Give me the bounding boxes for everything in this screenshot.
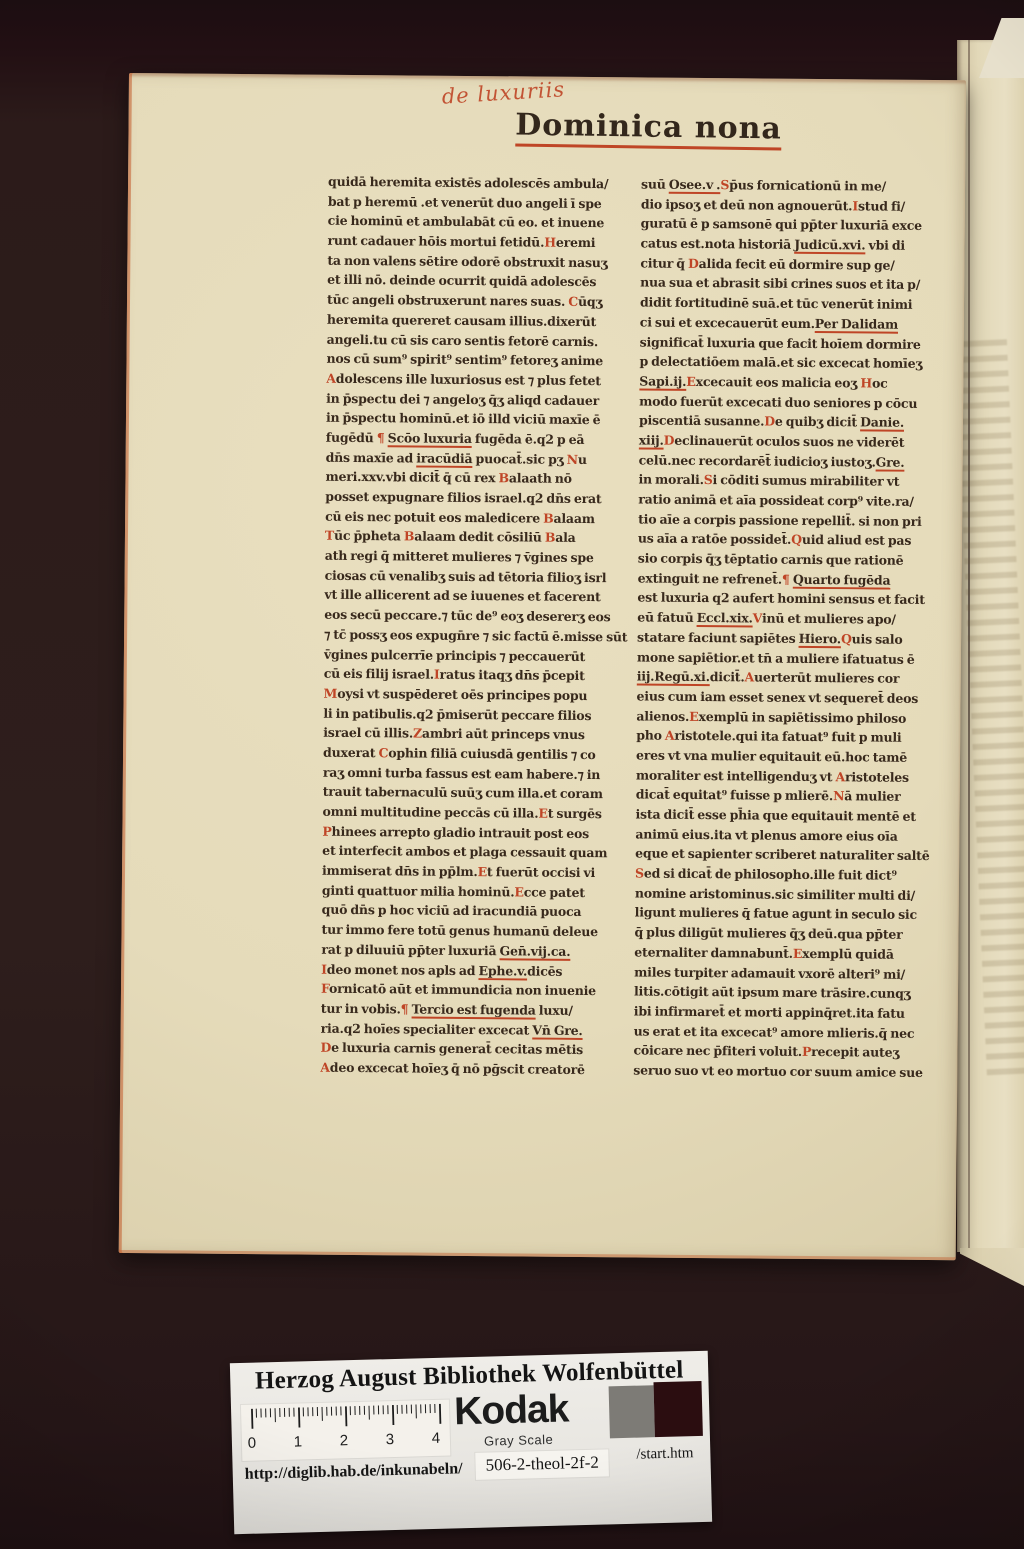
text-line: ciosas cū venalibʒ suis ad tētoria filio… xyxy=(325,565,631,587)
text-line: ginti quattuor milia hominū.Ecce patet xyxy=(322,880,628,902)
text-line: duxerat Cophin filiā cuiusdā gentilis ⁊ … xyxy=(323,743,629,765)
text-line: sio corpis q̄ʒ tēptatio carnis que ratio… xyxy=(638,549,941,571)
text-line: immiserat dn̄s in pp̄lm.Et fuerūt occisi… xyxy=(322,861,628,883)
ruler-numbers: 01234 xyxy=(246,1430,442,1452)
text-line: Ideo monet nos apls ad Ephe.v.dicēs xyxy=(321,959,627,981)
text-line: heremita quereret causam illius.dixerūt xyxy=(327,310,633,332)
text-line: didit fortitudinē suā.et tūc venerūt ini… xyxy=(640,293,943,315)
text-line: moraliter est intelligenduʒ vt Aristotel… xyxy=(636,765,939,787)
text-line: vt ille allicerent ad se iuuenes et face… xyxy=(324,585,630,607)
text-line: pho Aristotele.qui ita fatuat⁹ fuit p mu… xyxy=(636,726,939,748)
text-line: modo fuerūt excecati duo seniores p cōcu xyxy=(639,391,942,413)
text-line: eos secū peccare.⁊ tūc de⁹ eoʒ desererʒ … xyxy=(324,605,630,627)
text-line: tur in vobis.¶ Tercio est fugenda luxu/ xyxy=(321,999,627,1021)
text-line: eternaliter damnabunt̄.Exemplū quidā xyxy=(634,942,937,964)
text-line: piscentiā susanne.De quibʒ dicit̄ Danie. xyxy=(639,411,942,433)
ruler-number: 4 xyxy=(430,1430,442,1447)
text-line: q̄ plus diligūt mulieres q̄ʒ deū.qua pp̄… xyxy=(634,923,937,945)
text-line: nua sua et abrasit sibi crines suos et i… xyxy=(640,273,943,295)
text-line: alienos.Exemplū in sapiētissimo philoso xyxy=(636,706,939,728)
text-line: animū eius.ita vt plenus amore eius oīa xyxy=(635,824,938,846)
text-line: tūc angeli obstruxerunt nares suas. Cūqʒ xyxy=(327,290,633,312)
text-line: extinguit ne refrenet̄.¶ Quarto fugēda xyxy=(638,568,941,590)
color-reference-card: Herzog August Bibliothek Wolfenbüttel 01… xyxy=(230,1351,712,1534)
text-line: et interfecit ambos et plaga cessauit qu… xyxy=(322,841,628,863)
text-line: ta non valens sētire odorē obstruxit nas… xyxy=(327,250,633,272)
text-line: eius cum iam esset senex vt sequeret̄ de… xyxy=(636,686,939,708)
text-line: iij.Regū.xi.dicit̄.Auerterūt mulieres co… xyxy=(637,667,940,689)
text-line: quidā heremita existēs adolescēs ambula/ xyxy=(328,172,634,194)
text-line: meri.xxv.vbi dicit̄ q̄ cū rex Balaath nō xyxy=(325,467,631,489)
page-heading: Dominica nona xyxy=(428,107,869,152)
ruler-number: 2 xyxy=(338,1432,350,1449)
text-line: miles turpiter adamauit vxorē alteri⁹ mi… xyxy=(634,962,937,984)
shelfmark-label: 506-2-theol-2f-2 xyxy=(475,1449,609,1479)
text-line: li in patibulis.q2 p̄miserūt peccare fil… xyxy=(323,703,629,725)
kodak-brand-label: Kodak xyxy=(454,1387,569,1434)
text-line: Fornicatō aūt et immundicia non inuenie xyxy=(321,979,627,1001)
text-line: cū eis nec potuit eos maledicere Balaam xyxy=(325,506,631,528)
text-line: dicat̄ equitat⁹ fuisse p mlierē.Nā mulie… xyxy=(636,785,939,807)
text-line: et illi nō. deinde ocurrit quidā adolesc… xyxy=(327,270,633,292)
text-line: De luxuria carnis generat̄ cecitas mētis xyxy=(320,1038,626,1060)
text-line: runt cadauer hōis mortui fetidū.Heremi xyxy=(327,231,633,253)
text-line: est luxuria q2 aufert homini sensus et f… xyxy=(637,588,940,610)
text-line: Adeo excecat hoīeʒ q̄ nō pḡscit creatorē xyxy=(320,1058,626,1080)
text-line: ligunt mulieres q̄ fatue agunt in seculo… xyxy=(635,903,938,925)
text-line: celū.nec recordarēt̄ iudicioʒ iustoʒ.Gre… xyxy=(639,450,942,472)
text-line: eres vt vna mulier equitauit eū.hoc tamē xyxy=(636,745,939,767)
gray-scale-label: Gray Scale xyxy=(484,1432,554,1449)
text-line: guratū ē p samsonē qui pp̄ter luxuriā ex… xyxy=(641,214,944,236)
text-line: mone sapiētior.et tn̄ a muliere ifatuatu… xyxy=(637,647,940,669)
text-line: israel cū illis.Zambri aūt princeps vnus xyxy=(323,723,629,745)
text-line: tio aīe a corpis passione repellit̄. si … xyxy=(638,509,941,531)
text-line: statare faciunt sapiētes Hiero.Quis salo xyxy=(637,627,940,649)
text-line: ria.q2 hoīes specialiter excecat Vn̄ Gre… xyxy=(321,1018,627,1040)
text-line: Tūc p̄pheta Balaam dedit cōsiliū Bala xyxy=(325,526,631,548)
text-line: significat̄ luxuria que facit hoīem dorm… xyxy=(640,332,943,354)
text-line: angeli.tu cū sis caro sentis fetorē carn… xyxy=(327,329,633,351)
page-heading-text: Dominica nona xyxy=(515,109,782,151)
text-line: in p̄spectu dei ⁊ angeloʒ q̄ʒ aliqd cada… xyxy=(326,388,632,410)
text-line: eque et sapienter scriberet naturaliter … xyxy=(635,844,938,866)
start-file-label: /start.htm xyxy=(636,1445,694,1463)
text-line: xiij.Declinauerūt oculos suos ne viderēt xyxy=(639,430,942,452)
text-line: v̄gines pulcerrīe principis ⁊ peccauerūt xyxy=(324,644,630,666)
text-line: cū eis filij israel.Iratus itaqʒ dn̄s p̄… xyxy=(324,664,630,686)
text-line: bat p heremū .et venerūt duo angeli ī sp… xyxy=(328,191,634,213)
text-line: quō dn̄s p hoc viciū ad iracundiā puoca xyxy=(322,900,628,922)
text-line: Moysi vt suspēderet oēs principes popu xyxy=(324,684,630,706)
facing-page-ghost-text xyxy=(955,339,1024,1081)
text-line: Sed si dicat̄ de philosopho.ille fuit di… xyxy=(635,864,938,886)
text-line: Sapi.ij.Excecauit eos malicia eoʒ Hoc xyxy=(639,371,942,393)
ruler-number: 3 xyxy=(384,1431,396,1448)
text-line: us aīa a ratōe possidet̄.Quid aliud est … xyxy=(638,529,941,551)
text-line: ci sui et excecauerūt eum.Per Dalidam xyxy=(640,312,943,334)
photo-background: de luxuriis Dominica nona quidā heremita… xyxy=(0,0,1024,1549)
text-line: in p̄spectu hominū.et iō illd viciū maxī… xyxy=(326,408,632,430)
text-line: raʒ omni turba fassus est eam habere.⁊ i… xyxy=(323,762,629,784)
text-line: seruo suo vt eo mortuo cor suum amice su… xyxy=(633,1060,936,1082)
text-column-left: quidā heremita existēs adolescēs ambula/… xyxy=(320,172,634,1080)
text-line: cie hominū et ambulabāt cū eo. et inuene xyxy=(328,211,634,233)
text-line: p delectatiōem malā.et sic excecat homīe… xyxy=(639,352,942,374)
text-line: ibi infirmaret̄ et morti appinq̄ret.ita … xyxy=(634,1001,937,1023)
text-line: litis.cōtigit aūt ipsum mare trāsire.cun… xyxy=(634,982,937,1004)
under-leaf-corner-bottom xyxy=(960,1248,1024,1288)
text-line: dn̄s maxīe ad iracūdiā puocat̄.sic pʒ Nu xyxy=(326,447,632,469)
text-line: nomine aristominus.sic similiter multi d… xyxy=(635,883,938,905)
text-line: posset expugnare filios israel.q2 dn̄s e… xyxy=(325,487,631,509)
text-line: omni multitudine peccās cū illa.Et surgē… xyxy=(322,802,628,824)
text-line: catus est.nota historiā Judicū.xvi. vbi … xyxy=(640,234,943,256)
text-line: nos cū sum⁹ spirit⁹ sentim⁹ fetoreʒ anim… xyxy=(326,349,632,371)
digitization-url-label: http://diglib.hab.de/inkunabeln/ xyxy=(245,1460,463,1484)
book-page: de luxuriis Dominica nona quidā heremita… xyxy=(119,73,966,1260)
text-column-right: suū Osee.v .Sp̄us fornicationū in me/dio… xyxy=(633,174,944,1082)
text-line: in morali.Si cōditi sumus mirabiliter vt xyxy=(638,470,941,492)
gray-scale-patch-gray xyxy=(609,1385,655,1438)
text-line: ⁊ tc̄ possʒ eos expugn̄re ⁊ sic factū ē.… xyxy=(324,625,630,647)
ruler-ticks xyxy=(245,1404,446,1433)
book-fore-edge xyxy=(957,40,1024,1252)
text-line: citur q̄ Dalida fecit eū dormire sup ge/ xyxy=(640,253,943,275)
ruler-number: 1 xyxy=(292,1433,304,1450)
text-line: ista dicit̄ esse ph̄ia que equitauit men… xyxy=(635,804,938,826)
text-line: eū fatuū Eccl.xix.Vinū et mulieres apo/ xyxy=(637,608,940,630)
ruler: 01234 xyxy=(241,1400,450,1461)
text-line: Adolescens ille luxuriosus est ⁊ plus fe… xyxy=(326,369,632,391)
gray-scale-patch-black xyxy=(653,1381,702,1437)
text-line: dio ipsoʒ et deū non agnouerūt.Istud fi/ xyxy=(641,194,944,216)
text-line: fugēdū ¶ Scōo luxuria fugēda ē.q2 p eā xyxy=(326,428,632,450)
ruler-number: 0 xyxy=(246,1435,258,1452)
text-line: cōicare nec p̄fiteri voluit.Precepit aut… xyxy=(633,1041,936,1063)
text-line: rat p diluuiū pp̄ter luxuriā Gen̄.vij.ca… xyxy=(321,940,627,962)
text-line: Phinees arrepto gladio intrauit post eos xyxy=(322,821,628,843)
text-line: ath regi q̄ mitteret mulieres ⁊ v̄gines … xyxy=(325,546,631,568)
text-line: suū Osee.v .Sp̄us fornicationū in me/ xyxy=(641,174,944,196)
text-line: us erat et ita excecat⁹ amore mlieris.q̄… xyxy=(634,1021,937,1043)
text-line: ratio animā et aīa possideat corp⁹ vite.… xyxy=(638,489,941,511)
text-line: tur immo fere totū genus humanū deleue xyxy=(321,920,627,942)
text-line: trauit tabernaculū suūʒ cum illa.et cora… xyxy=(323,782,629,804)
